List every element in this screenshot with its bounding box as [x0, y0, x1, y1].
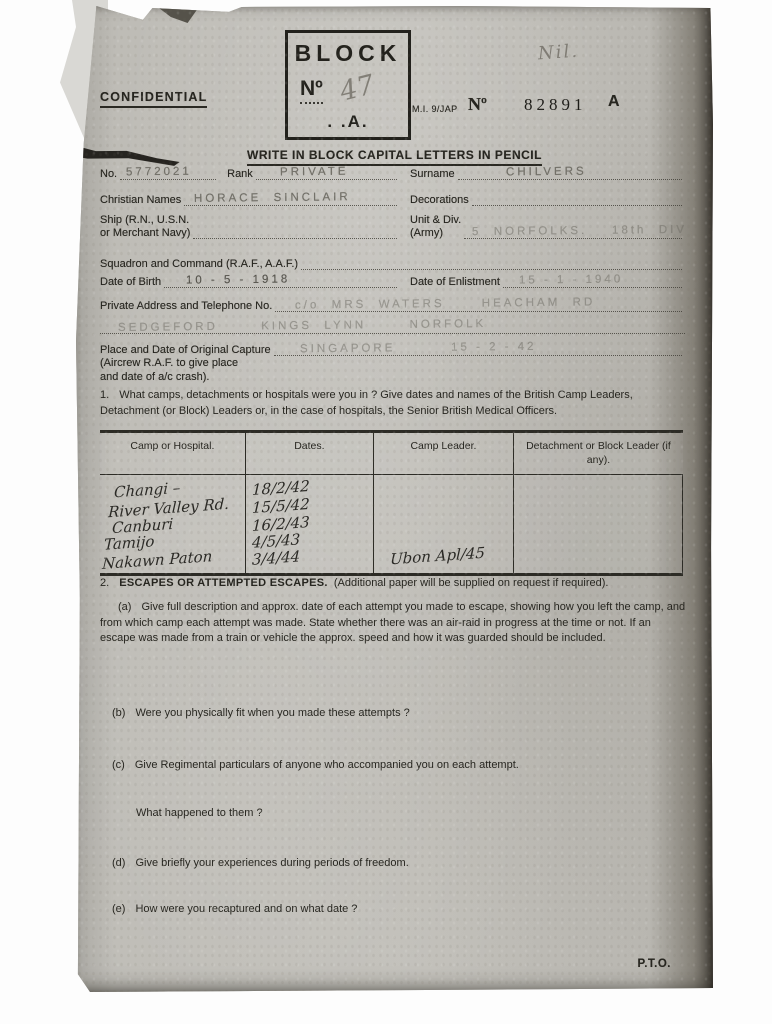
field-enlistment: Date of Enlistment 15 - 1 - 1940 — [410, 274, 685, 288]
form-instruction-wrap: WRITE IN BLOCK CAPITAL LETTERS IN PENCIL — [76, 146, 713, 166]
col-detachment-leader: Detachment or Block Leader (if any). — [514, 433, 683, 474]
question-2-number: 2. — [100, 577, 119, 589]
camps-table-header: Camp or Hospital. Dates. Camp Leader. De… — [100, 433, 683, 475]
question-2a: (a)Give full description and approx. dat… — [100, 600, 687, 647]
block-no-label: Nº — [300, 77, 323, 104]
christian-names-value: HORACE SINCLAIR — [194, 191, 351, 205]
date-entry: 3/4/44 — [252, 548, 301, 569]
ship-label: Ship (R.N., U.S.N.or Merchant Navy) — [100, 214, 190, 239]
capture-label1: Place and Date of Original Capture — [100, 344, 271, 356]
field-row-no-rank-surname: No. 5772021 Rank PRIVATE Surname CHILVER… — [100, 166, 685, 180]
address-line2: SEDGEFORD KINGS LYNN NORFOLK — [100, 320, 685, 334]
field-christian-names: Christian Names HORACE SINCLAIR — [100, 192, 400, 206]
question-2b-label: (b) — [112, 707, 135, 719]
capture-label-cont: (Aircrew R.A.F. to give placeand date of… — [100, 357, 238, 385]
field-row-capture: Place and Date of Original Capture SINGA… — [100, 342, 685, 356]
paper-tear — [154, 6, 202, 26]
address-value1: c/o MRS WATERS HEACHAM RD — [295, 296, 595, 311]
field-row-squadron: Squadron and Command (R.A.F., A.A.F.) — [100, 256, 685, 270]
handwritten-block-number: 47 — [337, 69, 378, 107]
enlistment-value: 15 - 1 - 1940 — [519, 273, 623, 286]
christian-names-line: HORACE SINCLAIR — [184, 192, 397, 206]
enlistment-label: Date of Enlistment — [410, 276, 500, 288]
field-row-address2: SEDGEFORD KINGS LYNN NORFOLK — [100, 320, 685, 334]
surname-line: CHILVERS — [458, 166, 682, 180]
field-row-ship-unit: Ship (R.N., U.S.N.or Merchant Navy) Unit… — [100, 214, 685, 239]
rank-value: PRIVATE — [280, 166, 349, 179]
question-1-text: What camps, detachments or hospitals wer… — [100, 389, 633, 417]
question-2e: (e)How were you recaptured and on what d… — [136, 902, 687, 918]
no-line: 5772021 — [120, 166, 216, 180]
field-dob: Date of Birth 10 - 5 - 1918 — [100, 274, 400, 288]
capture-line: SINGAPORE 15 - 2 - 42 — [274, 342, 682, 356]
field-surname: Surname CHILVERS — [410, 166, 685, 180]
field-unit-div: Unit & Div.(Army) 5 NORFOLKS. 18th DIV — [410, 214, 685, 239]
question-2c-followup-text: What happened to them ? — [136, 807, 263, 819]
mi9-label: M.I. 9/JAP — [412, 104, 458, 114]
enlistment-line: 15 - 1 - 1940 — [503, 274, 682, 288]
address-line1: c/o MRS WATERS HEACHAM RD — [275, 298, 682, 312]
field-row-names-decorations: Christian Names HORACE SINCLAIR Decorati… — [100, 192, 685, 206]
address-label: Private Address and Telephone No. — [100, 300, 272, 312]
form-instruction: WRITE IN BLOCK CAPITAL LETTERS IN PENCIL — [247, 148, 542, 166]
serial-no-label: Nº — [468, 94, 487, 115]
confidential-stamp: CONFIDENTIAL — [100, 90, 207, 108]
address-value2: SEDGEFORD KINGS LYNN NORFOLK — [118, 318, 486, 334]
col-camp-leader: Camp Leader. — [374, 433, 514, 474]
serial-suffix: A — [608, 93, 620, 111]
cell-detachment — [514, 475, 683, 573]
camps-table-body: Changi – 18/2/42 River Valley Rd. 15/5/4… — [100, 475, 683, 573]
question-2c-text: Give Regimental particulars of anyone wh… — [135, 759, 519, 771]
question-2a-label: (a) — [118, 601, 141, 613]
question-2c: (c)Give Regimental particulars of anyone… — [136, 758, 687, 774]
rank-label: Rank — [227, 168, 253, 180]
question-1-number: 1. — [100, 389, 119, 401]
question-2-title: ESCAPES OR ATTEMPTED ESCAPES. — [119, 577, 328, 589]
field-ship: Ship (R.N., U.S.N.or Merchant Navy) — [100, 214, 400, 239]
question-2c-followup: What happened to them ? — [136, 806, 687, 822]
question-2d: (d)Give briefly your experiences during … — [136, 856, 687, 872]
unit-div-line: 5 NORFOLKS. 18th DIV — [464, 225, 682, 239]
rank-line: PRIVATE — [256, 166, 397, 180]
handwritten-nil-note: Nil. — [537, 41, 579, 65]
question-2e-text: How were you recaptured and on what date… — [135, 903, 357, 915]
decorations-line — [472, 192, 682, 206]
question-2d-label: (d) — [112, 857, 135, 869]
block-number-box: BLOCK Nº 47 . .A. — [285, 30, 411, 140]
question-2b: (b)Were you physically fit when you made… — [136, 706, 687, 722]
squadron-line — [301, 256, 682, 270]
decorations-label: Decorations — [410, 194, 469, 206]
col-dates: Dates. — [246, 433, 374, 474]
block-box-suffix: . .A. — [288, 112, 408, 132]
unit-div-label: Unit & Div.(Army) — [410, 214, 461, 239]
christian-names-label: Christian Names — [100, 194, 181, 206]
field-decorations: Decorations — [410, 192, 685, 206]
question-2c-label: (c) — [112, 759, 135, 771]
field-no-rank: No. 5772021 Rank PRIVATE — [100, 166, 400, 180]
question-2-heading: 2.ESCAPES OR ATTEMPTED ESCAPES. (Additio… — [100, 576, 687, 592]
dob-value: 10 - 5 - 1918 — [186, 273, 290, 286]
no-label: No. — [100, 168, 117, 180]
surname-label: Surname — [410, 168, 455, 180]
question-2d-text: Give briefly your experiences during per… — [135, 857, 408, 869]
question-2-note: (Additional paper will be supplied on re… — [334, 577, 609, 589]
surname-value: CHILVERS — [506, 166, 587, 179]
paper-sheet: CONFIDENTIAL BLOCK Nº 47 . .A. M.I. 9/JA… — [76, 6, 713, 992]
unit-div-value: 5 NORFOLKS. 18th DIV — [472, 224, 687, 238]
question-2e-label: (e) — [112, 903, 135, 915]
block-box-title: BLOCK — [288, 40, 408, 67]
squadron-label: Squadron and Command (R.A.F., A.A.F.) — [100, 258, 298, 270]
field-row-dob-enlistment: Date of Birth 10 - 5 - 1918 Date of Enli… — [100, 274, 685, 288]
dob-line: 10 - 5 - 1918 — [164, 274, 397, 288]
serial-number-stamp: 82891 — [524, 95, 587, 115]
camps-table: Camp or Hospital. Dates. Camp Leader. De… — [100, 430, 683, 576]
question-2a-text: Give full description and approx. date o… — [100, 601, 685, 644]
dob-label: Date of Birth — [100, 276, 161, 288]
question-2b-text: Were you physically fit when you made th… — [135, 707, 409, 719]
ship-line — [193, 225, 397, 239]
no-value: 5772021 — [126, 166, 192, 179]
field-row-address: Private Address and Telephone No. c/o MR… — [100, 298, 685, 312]
capture-value: SINGAPORE 15 - 2 - 42 — [300, 341, 537, 355]
question-1: 1.What camps, detachments or hospitals w… — [100, 388, 687, 419]
col-camp-or-hospital: Camp or Hospital. — [100, 433, 246, 474]
scanned-page: CONFIDENTIAL BLOCK Nº 47 . .A. M.I. 9/JA… — [0, 0, 772, 1024]
pto-label: P.T.O. — [638, 958, 671, 970]
